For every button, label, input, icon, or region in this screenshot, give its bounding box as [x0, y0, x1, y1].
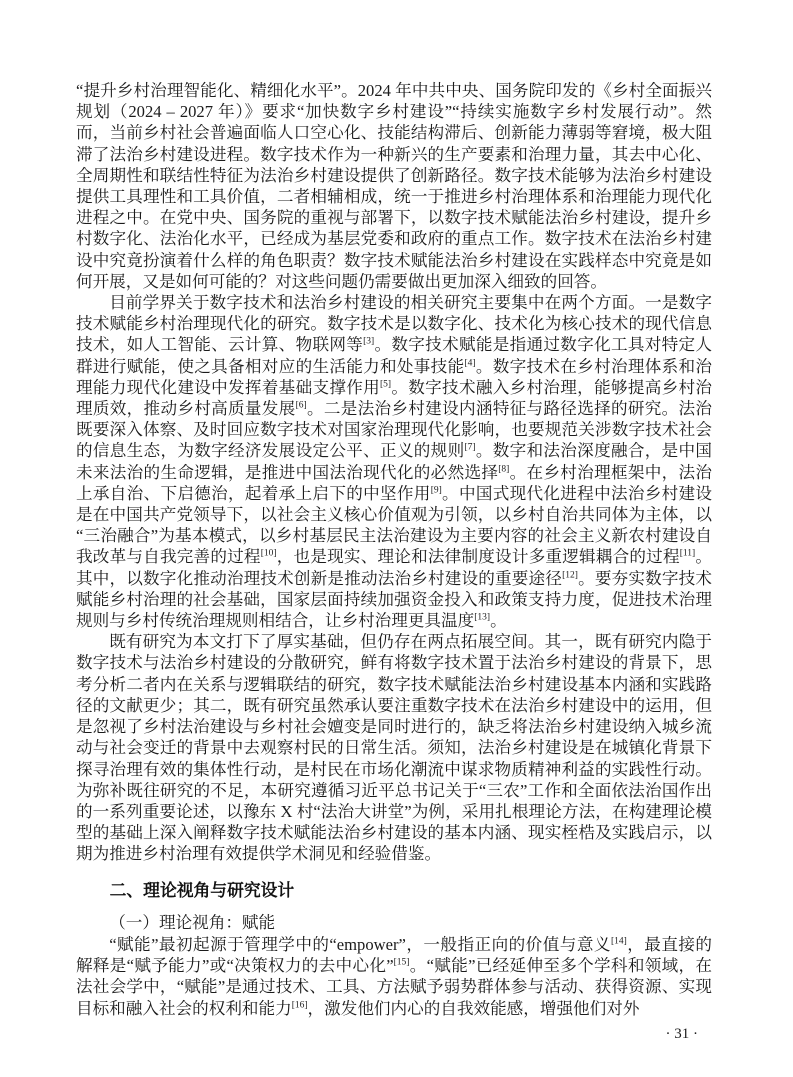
section-heading: 二、理论视角与研究设计 [76, 880, 712, 901]
body-paragraph: 目前学界关于数字技术和法治乡村建设的相关研究主要集中在两个方面。一是数字技术赋能… [76, 292, 712, 631]
article-text: “提升乡村治理智能化、精细化水平”。2024 年中共中央、国务院印发的《乡村全面… [76, 80, 712, 1019]
footnote-marker: [7] [464, 443, 475, 453]
footnote-marker: [8] [498, 464, 509, 474]
footnote-marker: [13] [474, 613, 490, 623]
footnote-marker: [11] [680, 549, 695, 559]
body-paragraph: “赋能”最初起源于管理学中的“empower”，一般指正向的价值与意义[14]，… [76, 934, 712, 1019]
footnote-marker: [9] [431, 485, 442, 495]
footnote-marker: [6] [296, 401, 307, 411]
footnote-marker: [5] [380, 379, 391, 389]
footnote-marker: [14] [611, 936, 627, 946]
article-page: “提升乡村治理智能化、精细化水平”。2024 年中共中央、国务院印发的《乡村全面… [0, 0, 793, 1077]
body-paragraph: 既有研究为本文打下了厚实基础，但仍存在两点拓展空间。其一，既有研究内隐于数字技术… [76, 631, 712, 864]
footnote-marker: [12] [562, 570, 578, 580]
subsection-heading: （一）理论视角：赋能 [76, 912, 712, 933]
footnote-marker: [4] [464, 358, 475, 368]
footnote-marker: [3] [363, 337, 374, 347]
footnote-marker: [10] [261, 549, 277, 559]
page-number: · 31 · [76, 1026, 712, 1043]
footnote-marker: [15] [394, 958, 410, 968]
body-paragraph: “提升乡村治理智能化、精细化水平”。2024 年中共中央、国务院印发的《乡村全面… [76, 80, 712, 292]
footnote-marker: [16] [292, 1000, 308, 1010]
